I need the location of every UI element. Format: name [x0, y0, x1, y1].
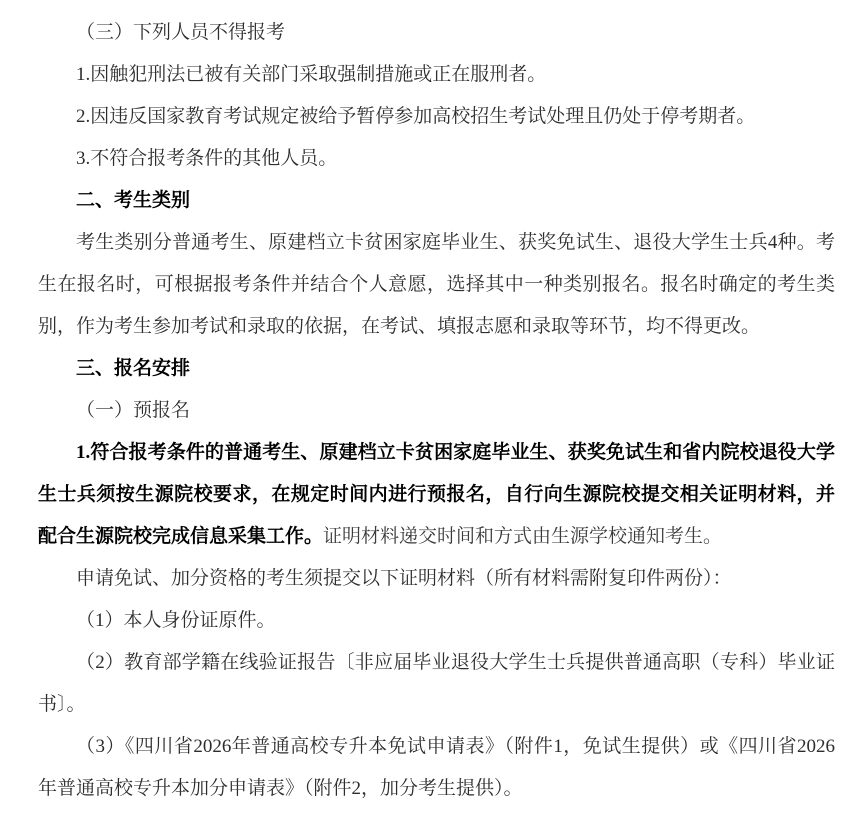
material-item-3-application-forms: （3）《四川省2026年普通高校专升本免试申请表》（附件1，免试生提供）或《四川… [38, 726, 835, 810]
ineligible-rule-2: 2.因违反国家教育考试规定被给予暂停参加高校招生考试处理且仍处于停考期者。 [38, 96, 835, 138]
section-heading-registration-arrangement: 三、报名安排 [38, 348, 835, 390]
subsection-heading-preregistration: （一）预报名 [38, 390, 835, 432]
section-heading-candidate-category: 二、考生类别 [38, 180, 835, 222]
section-3-subheading-ineligible: （三）下列人员不得报考 [38, 12, 835, 54]
document-page: （三）下列人员不得报考 1.因触犯刑法已被有关部门采取强制措施或正在服刑者。 2… [0, 0, 847, 820]
preregistration-paragraph: 1.符合报考条件的普通考生、原建档立卡贫困家庭毕业生、获奖免试生和省内院校退役大… [38, 432, 835, 558]
ineligible-rule-3: 3.不符合报考条件的其他人员。 [38, 138, 835, 180]
preregistration-notice-run: 证明材料递交时间和方式由生源学校通知考生。 [323, 526, 722, 547]
material-item-1-id-card: （1）本人身份证原件。 [38, 600, 835, 642]
candidate-category-paragraph: 考生类别分普通考生、原建档立卡贫困家庭毕业生、获奖免试生、退役大学生士兵4种。考… [38, 222, 835, 348]
material-item-2-enrollment-report: （2）教育部学籍在线验证报告〔非应届毕业退役大学生士兵提供普通高职（专科）毕业证… [38, 642, 835, 726]
materials-intro-paragraph: 申请免试、加分资格的考生须提交以下证明材料（所有材料需附复印件两份）： [38, 558, 835, 600]
ineligible-rule-1: 1.因触犯刑法已被有关部门采取强制措施或正在服刑者。 [38, 54, 835, 96]
